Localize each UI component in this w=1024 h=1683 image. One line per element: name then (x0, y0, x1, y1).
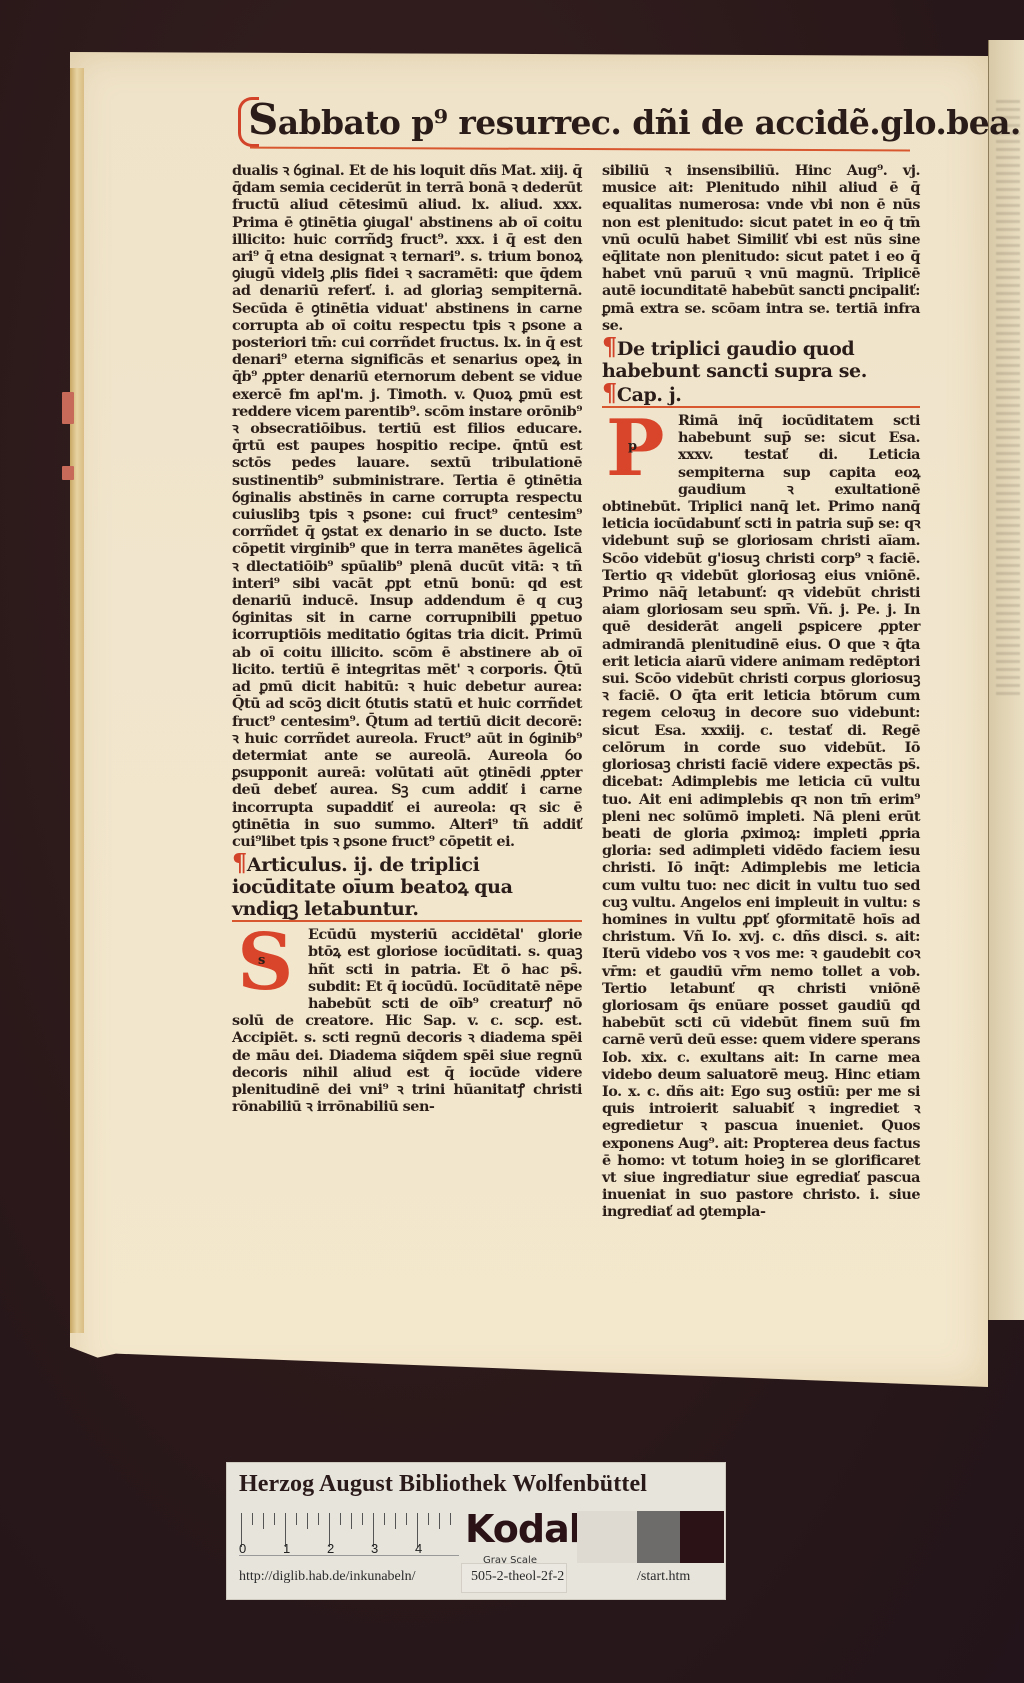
section-heading-articulus: ¶Articulus. ij. de triplici iocūditate o… (232, 852, 582, 922)
initial-guide-letter: s (258, 954, 265, 967)
color-calibration-card: Herzog August Bibliothek Wolfenbüttel 0 … (226, 1462, 726, 1600)
kodak-logo: Kodak (465, 1507, 593, 1551)
initial-letter-s: S s (230, 928, 300, 998)
ruler-label: 0 (239, 1541, 246, 1556)
page-fore-edge (70, 68, 84, 1333)
shelfmark: 505-2-theol-2f-2 (471, 1569, 564, 1585)
url-suffix: /start.htm (637, 1569, 690, 1585)
running-head-text: abbato p⁹ resurrec. dñi de accidẽ.glo.be… (278, 103, 1021, 142)
ruler-label: 3 (371, 1541, 378, 1556)
section-heading-text: Articulus. ij. de triplici iocūditate oī… (232, 854, 513, 920)
left-paragraph-1: dualis ꝛ ỽginal. Et de his loquit dñs Ma… (232, 162, 582, 850)
gray-swatch-dark (680, 1511, 724, 1563)
ruler-label: 4 (415, 1541, 422, 1556)
facing-page-show-through (996, 100, 1020, 700)
section-heading-triplici-gaudio: ¶De triplici gaudio quod habebunt sancti… (602, 336, 920, 408)
initial-letter-p: P p (600, 414, 670, 484)
section-heading-text: De triplici gaudio quod habebunt sancti … (602, 338, 867, 382)
ruler-label: 2 (327, 1541, 334, 1556)
initial-guide-letter: p (628, 440, 637, 453)
pilcrow-icon: ¶ (602, 332, 617, 361)
scale-ruler: 0 1 2 3 4 (239, 1513, 459, 1556)
margin-tab-marker (62, 392, 74, 424)
right-paragraph-1: sibiliū ꝛ insensibiliū. Hinc Aug⁹. vj. m… (602, 162, 920, 334)
initial-letter-glyph: S (237, 917, 293, 1008)
gray-swatch-mid (637, 1511, 680, 1563)
running-head: Sabbato p⁹ resurrec. dñi de accidẽ.glo.b… (248, 95, 908, 153)
pilcrow-icon: ¶ (232, 848, 247, 877)
institution-name: Herzog August Bibliothek Wolfenbüttel (239, 1471, 647, 1498)
right-column: sibiliū ꝛ insensibiliū. Hinc Aug⁹. vj. m… (602, 162, 920, 1221)
ruler-label: 1 (283, 1541, 290, 1556)
right-paragraph-2: Rimā inq̄ iocūditatem scti habebunt sup̄… (602, 412, 920, 1221)
margin-tab-marker (62, 466, 74, 480)
url-prefix: http://diglib.hab.de/inkunabeln/ (239, 1569, 416, 1585)
gray-swatch-light (577, 1511, 637, 1563)
left-column: dualis ꝛ ỽginal. Et de his loquit dñs Ma… (232, 162, 582, 1115)
running-head-initial: S (248, 95, 278, 144)
